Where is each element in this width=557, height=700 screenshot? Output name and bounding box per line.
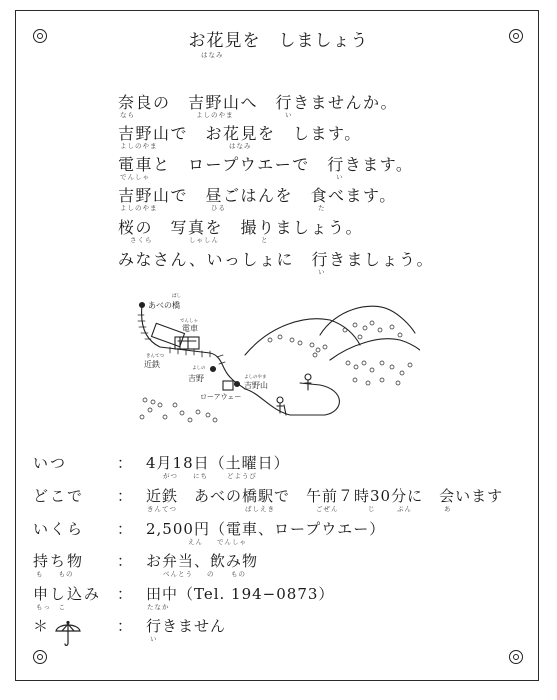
info-label: 持ち物 xyxy=(33,550,84,571)
furigana: よしのやま xyxy=(120,141,158,150)
info-colon: ： xyxy=(117,550,132,571)
info-value-furigana: ばしえき xyxy=(245,504,275,513)
furigana: と xyxy=(261,235,269,244)
sentence-line: みなさん、いっしょに 行きましょう。 xyxy=(118,247,434,270)
map-label-yoshinoyama: 吉野山 xyxy=(244,380,268,390)
info-label: どこで xyxy=(33,485,84,506)
info-colon: ： xyxy=(117,615,132,636)
info-value-furigana: い xyxy=(150,634,158,643)
furigana: はなみ xyxy=(229,141,252,150)
info-label: 申し込み xyxy=(33,583,101,604)
furigana: い xyxy=(285,110,293,119)
info-colon: ： xyxy=(117,518,132,539)
info-colon: ： xyxy=(117,583,132,604)
info-value-furigana: がつ xyxy=(163,471,178,480)
furigana: しゃしん xyxy=(189,235,219,244)
info-label: いくら xyxy=(33,518,84,539)
map-illustration: あべの橋 ばし 電車 でんしゃ 近鉄 きんてつ 吉野 よしの 吉野山 よしのやま… xyxy=(120,285,420,435)
info-colon: ： xyxy=(117,485,132,506)
info-value: 田中（Tel. 194−0873） xyxy=(146,583,334,604)
info-value: 4月18日（土曜日） xyxy=(146,452,290,473)
info-value: お弁当、飲み物 xyxy=(146,550,258,571)
svg-text:ばし: ばし xyxy=(172,292,181,299)
sentence-line: 桜の 写真を 撮りましょう。 xyxy=(118,215,363,238)
info-value: 近鉄 あべの橋駅で 午前７時30分に 会います xyxy=(146,485,503,506)
info-value-furigana: もの xyxy=(231,569,246,578)
info-label-furigana: もっ こ xyxy=(36,602,66,611)
info-value-furigana: ごぜん xyxy=(316,504,339,513)
svg-text:よしの: よしの xyxy=(192,364,206,371)
info-value-furigana: えん xyxy=(188,537,203,546)
svg-text:でんしゃ: でんしゃ xyxy=(180,317,198,324)
info-label: いつ xyxy=(33,452,67,473)
furigana: よしのやま xyxy=(120,203,158,212)
furigana: さくら xyxy=(130,235,153,244)
umbrella-icon xyxy=(53,617,83,649)
page-title-text: お花見を しましょう xyxy=(189,31,369,51)
info-value-furigana: でんしゃ xyxy=(217,537,247,546)
info-value-furigana: どようび xyxy=(227,471,257,480)
corner-mark-bottom-right-icon xyxy=(509,650,523,664)
info-label-furigana: も もの xyxy=(36,569,74,578)
furigana: なら xyxy=(120,110,135,119)
svg-text:きんてつ: きんてつ xyxy=(146,353,164,359)
info-value-furigana: じ xyxy=(368,504,376,513)
page-title: お花見を しましょう xyxy=(0,26,557,51)
furigana: でんしゃ xyxy=(120,172,150,181)
furigana: ひる xyxy=(211,203,226,212)
info-value-furigana: にち xyxy=(193,471,208,480)
info-value-furigana: たなか xyxy=(147,602,170,611)
info-value-furigana: あ xyxy=(444,504,452,513)
info-value: 行きません xyxy=(146,615,226,636)
furigana: い xyxy=(318,267,326,276)
sentence-line: 奈良の 吉野山へ 行きませんか。 xyxy=(118,90,398,113)
info-value: 2,500円（電車、ロープウエー） xyxy=(146,518,385,539)
map-label-abenobashi: あべの橋 xyxy=(148,300,180,310)
sentence-line: 吉野山で 昼ごはんを 食べます。 xyxy=(118,183,397,206)
map-label-kintetsu: 近鉄 xyxy=(144,359,160,369)
map-label-densha: 電車 xyxy=(182,323,198,333)
map-label-yoshino: 吉野 xyxy=(188,373,204,383)
info-colon: ： xyxy=(117,452,132,473)
furigana: た xyxy=(318,203,326,212)
info-label: ＊ xyxy=(33,615,50,636)
info-value-furigana: きんてつ xyxy=(147,504,177,513)
info-value-furigana: ぶん xyxy=(397,504,412,513)
map-label-ropeway: ローアウェー xyxy=(200,393,241,401)
corner-mark-bottom-left-icon xyxy=(33,650,47,664)
furigana: よしのやま xyxy=(196,110,234,119)
title-furigana: はなみ xyxy=(201,50,224,59)
info-value-furigana: の xyxy=(207,569,215,578)
svg-text:よしのやま: よしのやま xyxy=(244,373,267,380)
info-value-furigana: べんとう xyxy=(163,569,193,578)
sentence-line: 電車と ロープウエーで 行きます。 xyxy=(118,152,413,175)
furigana: い xyxy=(336,172,344,181)
